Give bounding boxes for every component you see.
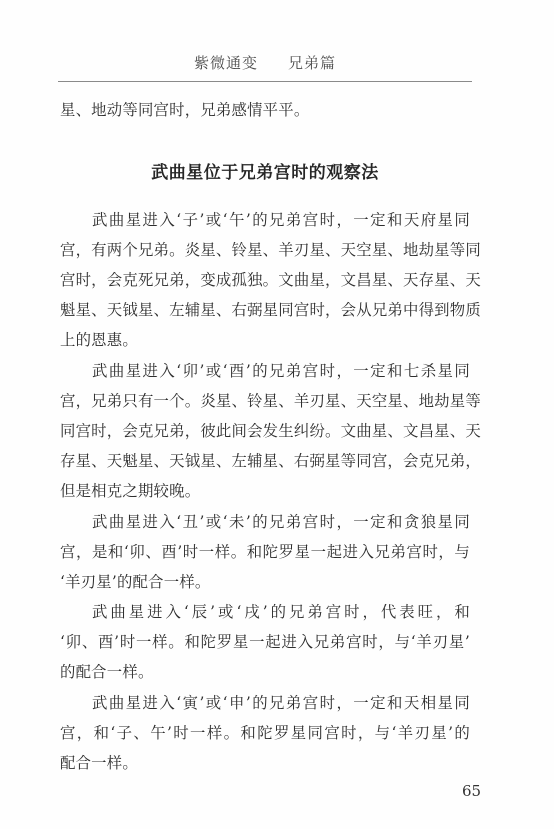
paragraph-line: ‘卯、酉’时一样。和陀罗星一起进入兄弟宫时，与‘羊刃星’ xyxy=(60,632,470,652)
paragraph-line: 宫，有两个兄弟。炎星、铃星、羊刃星、天空星、地劫星等同 xyxy=(60,240,470,260)
chapter-title: 兄弟篇 xyxy=(288,54,336,72)
paragraph-line: 宫，兄弟只有一个。炎星、铃星、羊刃星、天空星、地劫星等 xyxy=(60,391,470,411)
paragraph-line: 但是相克之期较晚。 xyxy=(60,481,470,501)
book-title: 紫微通变 xyxy=(194,54,258,72)
continuation-line: 星、地动等同宫时，兄弟感情平平。 xyxy=(60,100,470,120)
header-rule xyxy=(58,81,472,82)
paragraph-line: 武曲星进入‘卯’或‘酉’的兄弟宫时，一定和七杀星同 xyxy=(92,361,470,381)
paragraph-line: 武曲星进入‘寅’或‘申’的兄弟宫时，一定和天相星同 xyxy=(92,693,470,713)
paragraph-line: 宫，和‘子、午’时一样。和陀罗星同宫时，与‘羊刃星’的 xyxy=(60,723,470,743)
paragraph-line: 上的恩惠。 xyxy=(60,330,470,350)
paragraph-line: 存星、天魁星、天钺星、左辅星、右弼星等同宫，会克兄弟， xyxy=(60,451,470,471)
paragraph-line: 武曲星进入‘丑’或‘未’的兄弟宫时，一定和贪狼星同 xyxy=(92,512,470,532)
running-header: 紫微通变兄弟篇 xyxy=(58,52,472,73)
paragraph-line: 配合一样。 xyxy=(60,753,470,773)
paragraph-line: 宫时，会克死兄弟，变成孤独。文曲星，文昌星、天存星、天 xyxy=(60,270,470,290)
paragraph-line: 的配合一样。 xyxy=(60,662,470,682)
section-title: 武曲星位于兄弟宫时的观察法 xyxy=(58,158,472,183)
paragraph-line: 武曲星进入‘子’或‘午’的兄弟宫时，一定和天府星同 xyxy=(92,210,470,230)
page-number: 65 xyxy=(462,782,481,800)
paragraph-line: 武曲星进入‘辰’或‘戌’的兄弟宫时，代表旺，和 xyxy=(92,602,470,622)
paragraph-line: 宫，是和‘卯、酉’时一样。和陀罗星一起进入兄弟宫时，与 xyxy=(60,542,470,562)
paragraph-line: ‘羊刃星’的配合一样。 xyxy=(60,572,470,592)
paragraph-line: 同宫时，会克兄弟，彼此间会发生纠纷。文曲星、文昌星、天 xyxy=(60,421,470,441)
book-page: 紫微通变兄弟篇 星、地动等同宫时，兄弟感情平平。 武曲星位于兄弟宫时的观察法 武… xyxy=(0,0,554,829)
paragraph-line: 魁星、天钺星、左辅星、右弼星同宫时，会从兄弟中得到物质 xyxy=(60,300,470,320)
